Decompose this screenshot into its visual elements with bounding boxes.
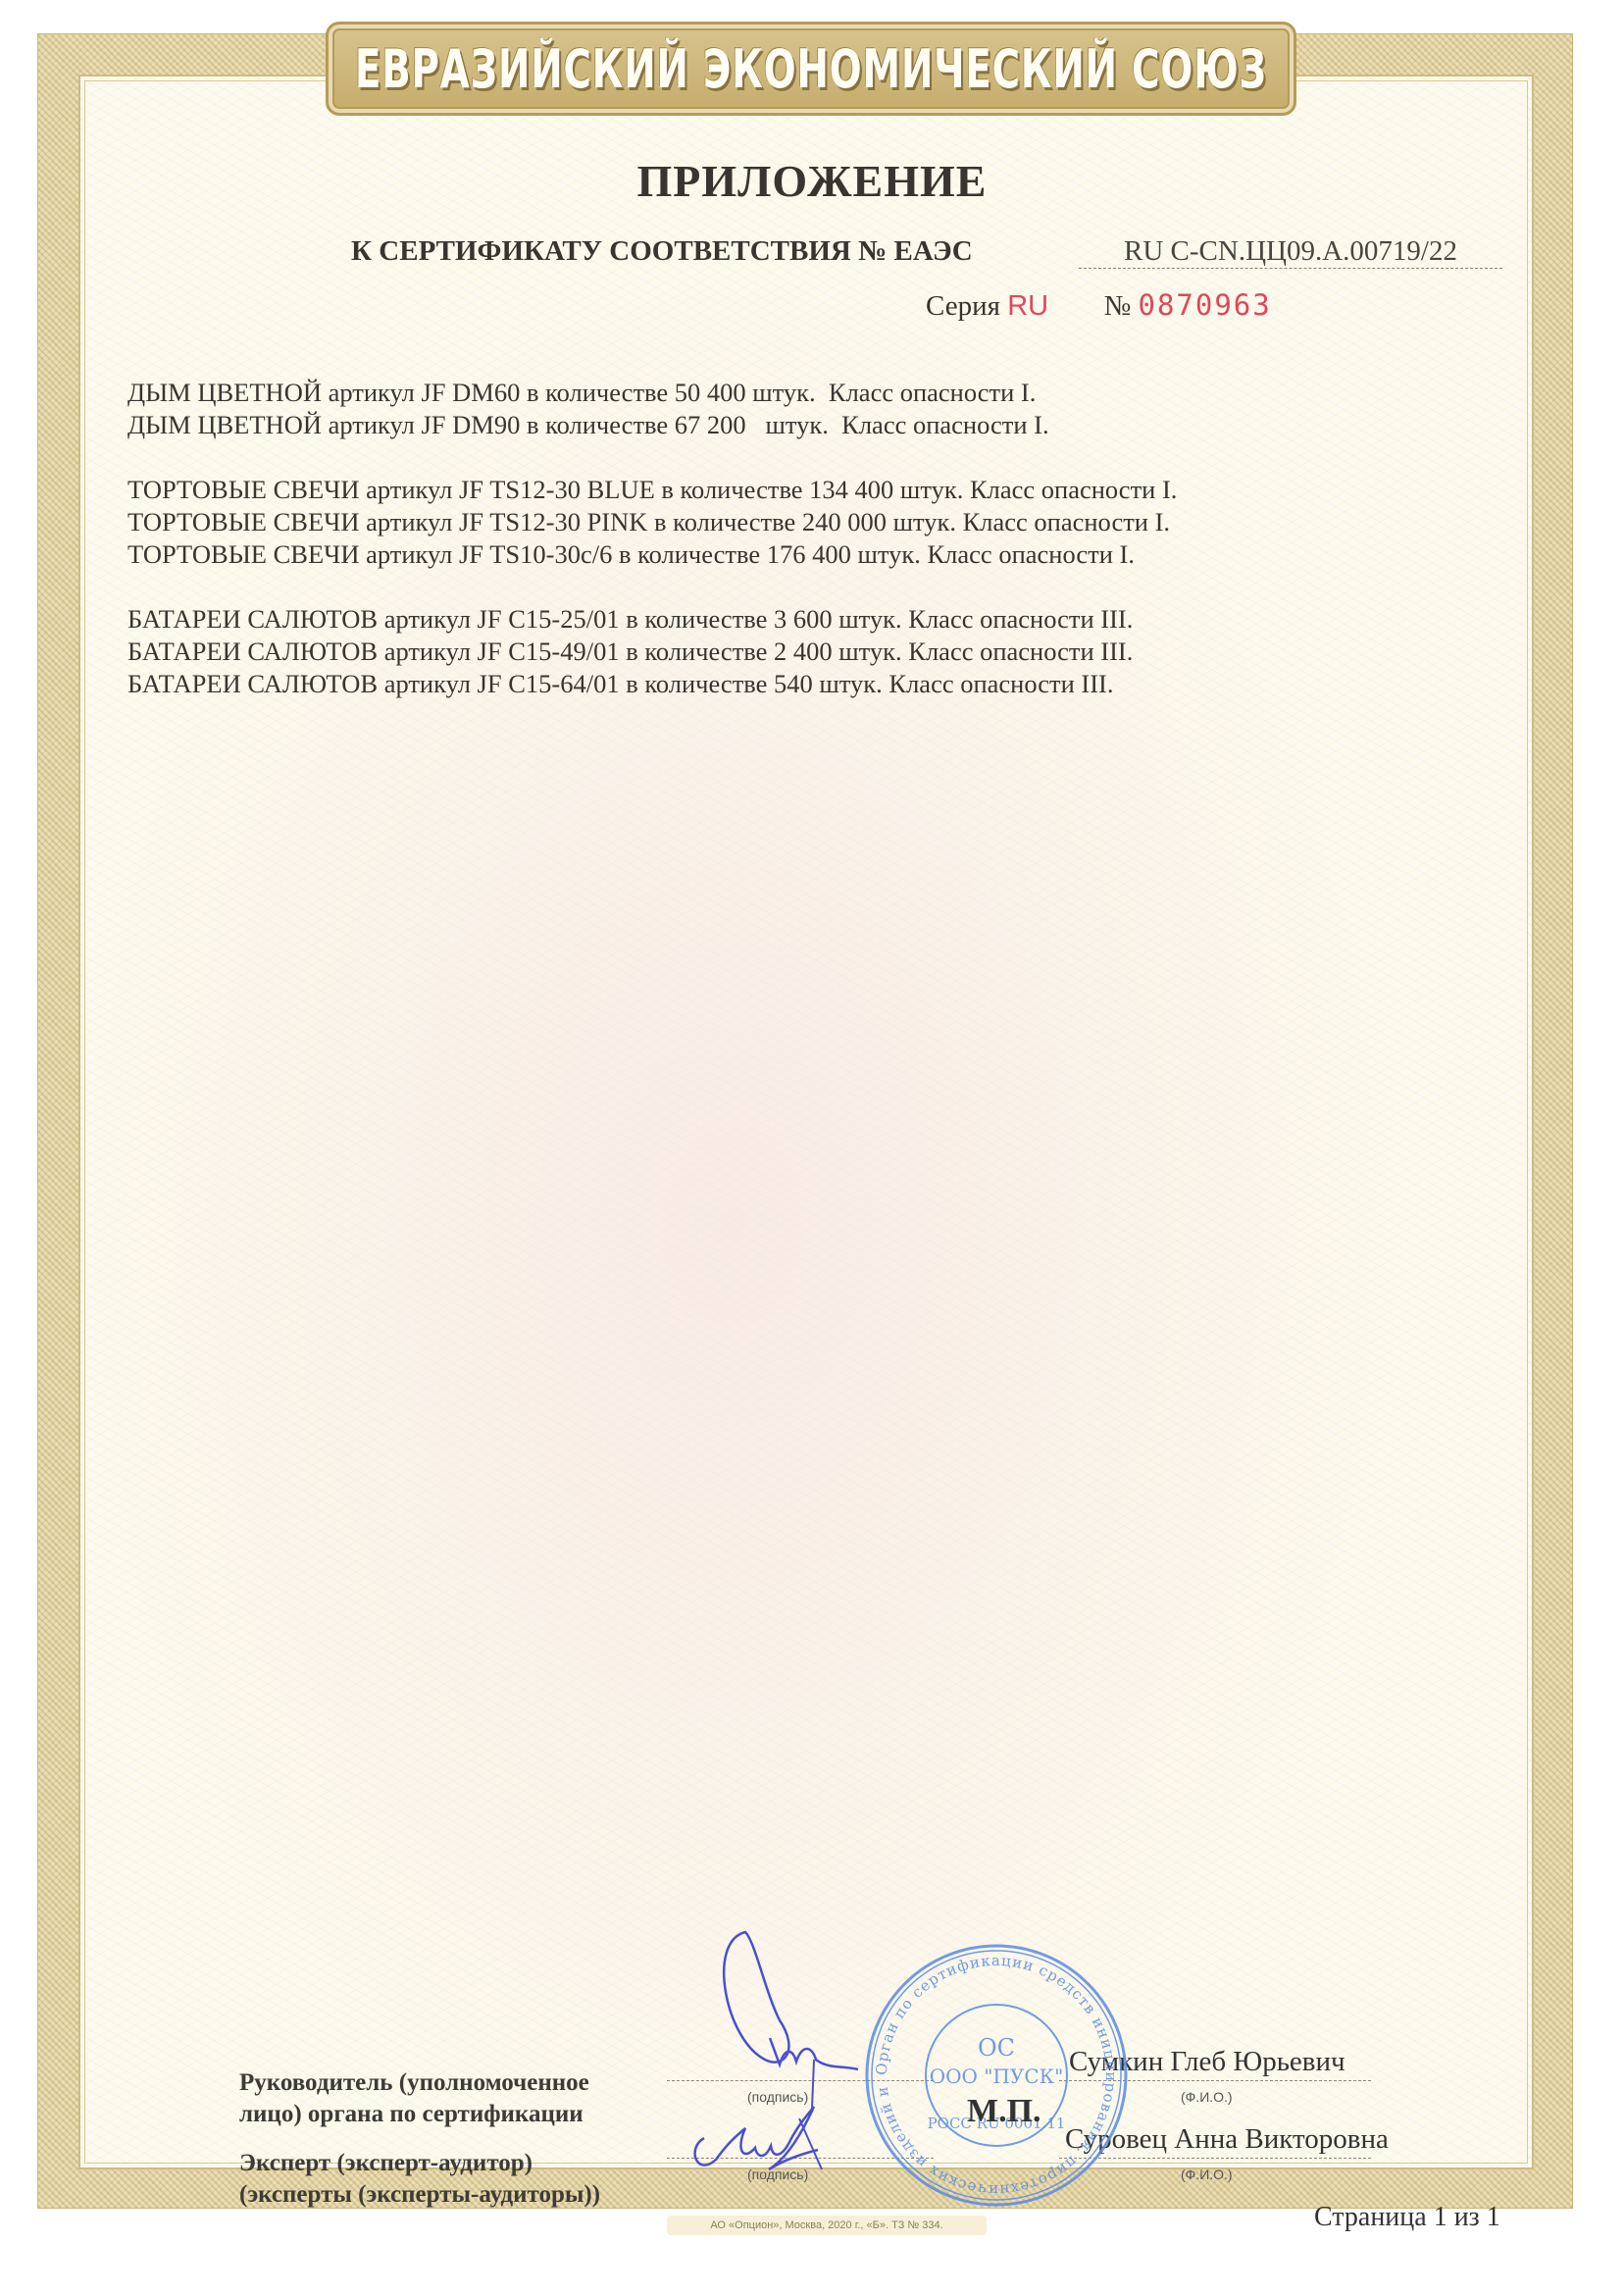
head-label: Руководитель (уполномоченное лицо) орган…: [239, 2067, 589, 2130]
product-item: ДЫМ ЦВЕТНОЙ артикул JF DM90 в количестве…: [127, 409, 1177, 441]
page-number: Страница 1 из 1: [1314, 2202, 1500, 2233]
expert-signature: [686, 2099, 843, 2177]
svg-text:ООО "ПУСК": ООО "ПУСК": [930, 2065, 1064, 2088]
banner-title: ЕВРАЗИЙСКИЙ ЭКОНОМИЧЕСКИЙ СОЮЗ: [355, 38, 1267, 100]
serial-number: 0870963: [1139, 288, 1272, 322]
head-signature: [686, 1922, 883, 2118]
eaeu-banner: ЕВРАЗИЙСКИЙ ЭКОНОМИЧЕСКИЙ СОЮЗ: [326, 22, 1296, 116]
product-item: БАТАРЕИ САЛЮТОВ артикул JF C15-64/01 в к…: [127, 668, 1177, 700]
organization-stamp: Орган по сертификации средств инициирова…: [861, 1940, 1132, 2211]
svg-text:ОС: ОС: [978, 2034, 1015, 2062]
expert-fio-caption: (Ф.И.О.): [1181, 2167, 1233, 2182]
product-list: ДЫМ ЦВЕТНОЙ артикул JF DM60 в количестве…: [127, 377, 1177, 700]
head-fio-caption: (Ф.И.О.): [1181, 2089, 1233, 2105]
product-item: ДЫМ ЦВЕТНОЙ артикул JF DM60 в количестве…: [127, 377, 1177, 409]
seal-label: М.П.: [967, 2093, 1041, 2130]
number-label: №: [1104, 290, 1132, 322]
expert-label: Эксперт (эксперт-аудитор) (эксперты (экс…: [239, 2148, 600, 2211]
product-item: ТОРТОВЫЕ СВЕЧИ артикул JF TS12-30 BLUE в…: [127, 474, 1177, 506]
product-item: БАТАРЕИ САЛЮТОВ артикул JF C15-25/01 в к…: [127, 603, 1177, 636]
certificate-number: RU C-CN.ЦЦ09.А.00719/22: [1079, 235, 1502, 269]
series-row: Серия RU № 0870963: [926, 288, 1272, 323]
product-item: ТОРТОВЫЕ СВЕЧИ артикул JF TS12-30 PINK в…: [127, 506, 1177, 538]
product-item: БАТАРЕИ САЛЮТОВ артикул JF C15-49/01 в к…: [127, 636, 1177, 668]
certificate-label: К СЕРТИФИКАТУ СООТВЕТСТВИЯ № ЕАЭС: [351, 235, 973, 268]
printer-imprint: АО «Опцион», Москва, 2020 г., «Б». ТЗ № …: [667, 2216, 987, 2235]
series-label: Серия: [926, 290, 1000, 322]
product-item: ТОРТОВЫЕ СВЕЧИ артикул JF TS10-30с/6 в к…: [127, 538, 1177, 571]
series-value: RU: [1007, 290, 1048, 322]
page-title: ПРИЛОЖЕНИЕ: [0, 155, 1624, 207]
